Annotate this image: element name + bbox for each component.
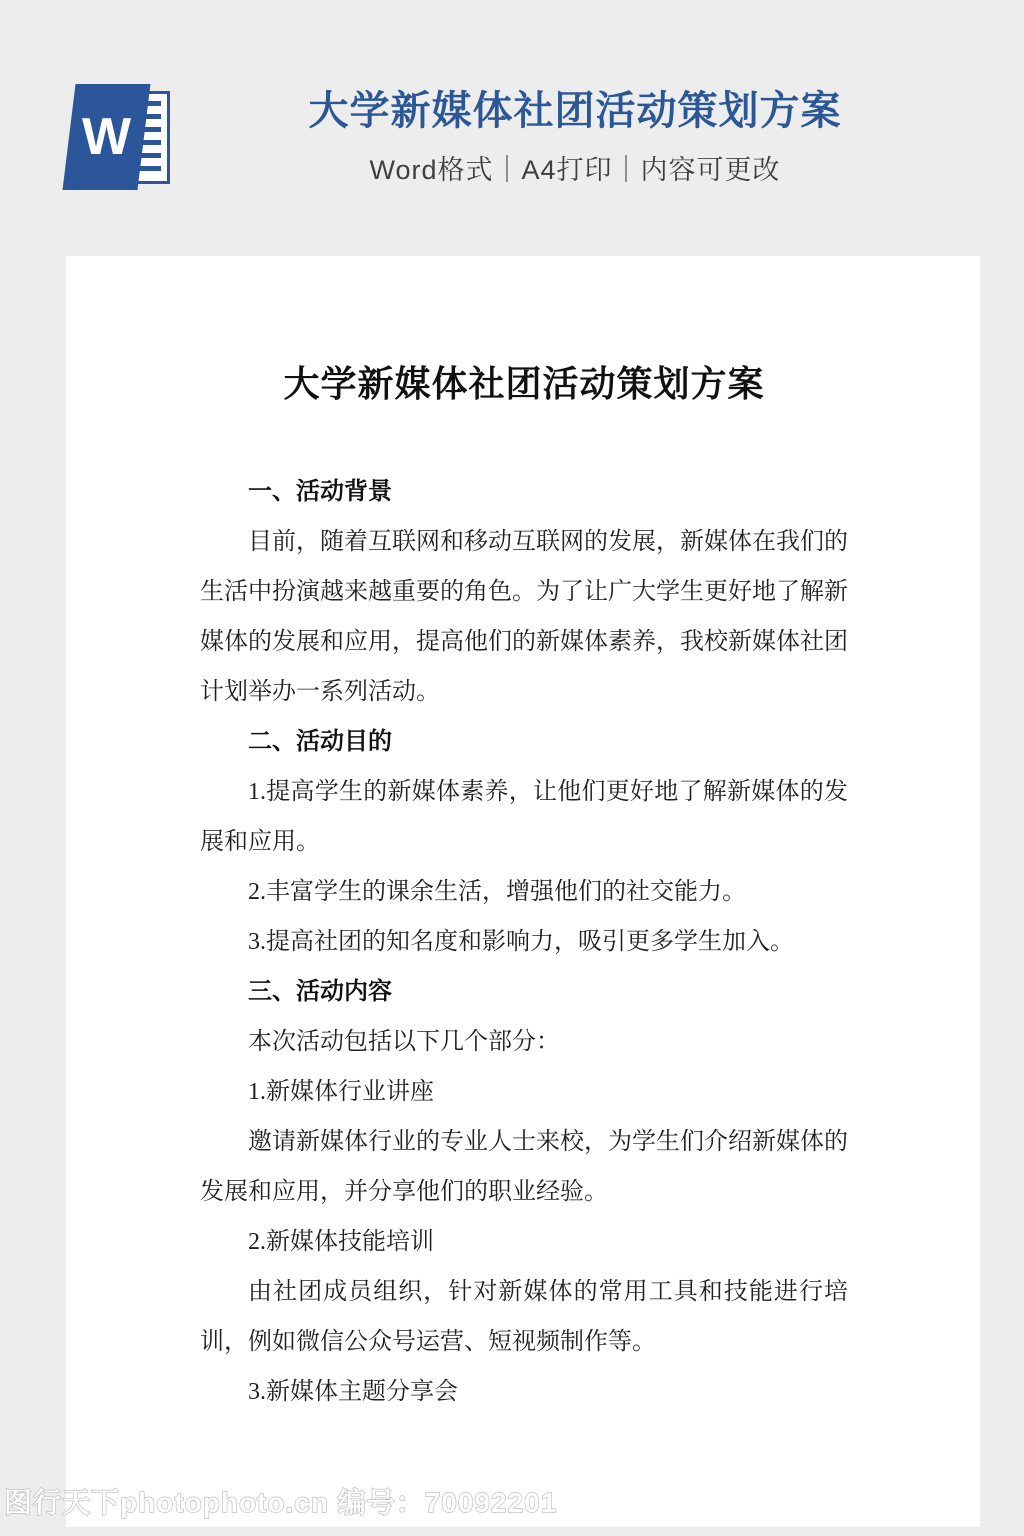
header: W 大学新媒体社团活动策划方案 Word格式｜A4打印｜内容可更改 [66,84,980,190]
paragraph: 3.新媒体主题分享会 [200,1367,848,1417]
header-text-block: 大学新媒体社团活动策划方案 Word格式｜A4打印｜内容可更改 [170,87,980,187]
paragraph: 1.提高学生的新媒体素养，让他们更好地了解新媒体的发展和应用。 [200,767,848,867]
paragraph: 目前，随着互联网和移动互联网的发展，新媒体在我们的生活中扮演越来越重要的角色。为… [200,517,848,717]
section-heading-1: 一、活动背景 [200,467,848,517]
page-subtitle: Word格式｜A4打印｜内容可更改 [170,148,980,187]
paragraph: 1.新媒体行业讲座 [200,1067,848,1117]
word-logo-sheet-shape: W [62,84,150,190]
document-page: 大学新媒体社团活动策划方案 一、活动背景 目前，随着互联网和移动互联网的发展，新… [66,256,980,1527]
document-body: 一、活动背景 目前，随着互联网和移动互联网的发展，新媒体在我们的生活中扮演越来越… [200,467,848,1417]
paragraph: 由社团成员组织，针对新媒体的常用工具和技能进行培训，例如微信公众号运营、短视频制… [200,1267,848,1367]
paragraph: 2.丰富学生的课余生活，增强他们的社交能力。 [200,867,848,917]
paragraph: 2.新媒体技能培训 [200,1217,848,1267]
page-title: 大学新媒体社团活动策划方案 [170,87,980,135]
word-logo-icon: W [66,84,170,190]
section-heading-3: 三、活动内容 [200,967,848,1017]
paragraph: 本次活动包括以下几个部分： [200,1017,848,1067]
document-title: 大学新媒体社团活动策划方案 [200,356,848,407]
paragraph: 邀请新媒体行业的专业人士来校，为学生们介绍新媒体的发展和应用，并分享他们的职业经… [200,1117,848,1217]
word-logo-letter: W [82,107,131,167]
watermark: 图行天下photophoto.cn 编号：70092201 [4,1481,557,1521]
section-heading-2: 二、活动目的 [200,717,848,767]
paragraph: 3.提高社团的知名度和影响力，吸引更多学生加入。 [200,917,848,967]
